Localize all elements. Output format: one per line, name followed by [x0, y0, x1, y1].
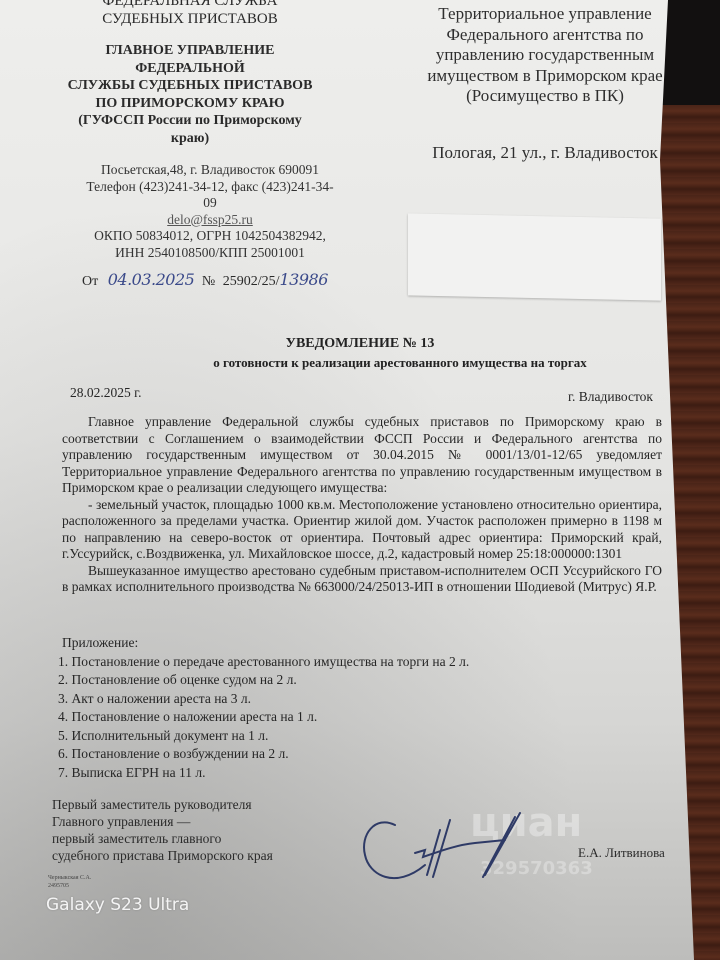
executor-name: Черныкская С.А.: [48, 874, 91, 882]
signer-name: Е.А. Литвинова: [578, 845, 665, 861]
handwritten-number: 13986: [279, 270, 327, 289]
dept-line: краю): [40, 130, 340, 148]
attachment-item: 7. Выписка ЕГРН на 11 л.: [58, 764, 469, 783]
dept-line: ФЕДЕРАЛЬНОЙ: [40, 60, 340, 78]
sender-header: ФЕДЕРАЛЬНАЯ СЛУЖБА СУДЕБНЫХ ПРИСТАВОВ ГЛ…: [40, 0, 340, 147]
attachment-item: 2. Постановление об оценке судом на 2 л.: [58, 671, 469, 690]
signatory-position: Первый заместитель руководителя Главного…: [52, 796, 273, 864]
sender-codes: ОКПО 50834012, ОГРН 1042504382942,: [60, 228, 360, 245]
notice-city: г. Владивосток: [568, 389, 653, 405]
attachment-item: 3. Акт о наложении ареста на 3 л.: [58, 690, 469, 709]
attachments-label: Приложение:: [62, 634, 469, 653]
attachment-item: 4. Постановление о наложении ареста на 1…: [58, 708, 469, 727]
handwritten-signature-icon: [355, 805, 555, 895]
sender-address: Посьетская,48, г. Владивосток 690091: [60, 162, 360, 179]
position-line: Главного управления —: [52, 813, 273, 830]
dept-line: СЛУЖБЫ СУДЕБНЫХ ПРИСТАВОВ: [40, 77, 340, 95]
sender-codes: ИНН 2540108500/КПП 25001001: [60, 245, 360, 262]
notice-title: УВЕДОМЛЕНИЕ № 13: [0, 336, 720, 352]
redaction-sticker: [408, 213, 661, 300]
outgoing-number-line: От 04.03.2025 № 25902/25/13986: [82, 270, 328, 290]
recipient-line: Территориальное управление: [415, 4, 675, 25]
dept-line: ПО ПРИМОРСКОМУ КРАЮ: [40, 95, 340, 113]
recipient-header: Территориальное управление Федерального …: [415, 4, 675, 163]
position-line: первый заместитель главного: [52, 830, 273, 847]
position-line: Первый заместитель руководителя: [52, 796, 273, 813]
executor-info: Черныкская С.А. 2495705: [48, 874, 91, 890]
from-label: От: [82, 274, 98, 289]
position-line: судебного пристава Приморского края: [52, 847, 273, 864]
body-paragraph: Вышеуказанное имущество арестовано судеб…: [62, 563, 662, 596]
property-description: - земельный участок, площадью 1000 кв.м.…: [62, 497, 662, 563]
dept-line: ГЛАВНОЕ УПРАВЛЕНИЕ: [40, 42, 340, 60]
attachment-item: 5. Исполнительный документ на 1 л.: [58, 727, 469, 746]
recipient-line: Федерального агентства по: [415, 25, 675, 46]
recipient-line: (Росимущество в ПК): [415, 86, 675, 107]
executor-phone: 2495705: [48, 882, 91, 890]
body-paragraph: Главное управление Федеральной службы су…: [62, 414, 662, 497]
notice-date: 28.02.2025 г.: [70, 385, 142, 401]
sender-email-link[interactable]: delo@fssp25.ru: [167, 212, 253, 227]
attachment-item: 6. Постановление о возбуждении на 2 л.: [58, 745, 469, 764]
camera-device-label: Galaxy S23 Ultra: [46, 895, 189, 915]
attachment-item: 1. Постановление о передаче арестованног…: [58, 653, 469, 672]
recipient-line: имуществом в Приморском крае: [415, 66, 675, 87]
service-line: СУДЕБНЫХ ПРИСТАВОВ: [40, 10, 340, 28]
notice-body: Главное управление Федеральной службы су…: [62, 414, 662, 596]
recipient-address: Пологая, 21 ул., г. Владивосток: [415, 143, 675, 164]
sender-phone-cont: 09: [60, 195, 360, 212]
attachments-list: Приложение: 1. Постановление о передаче …: [58, 634, 469, 782]
number-printed: 25902/25/: [223, 274, 280, 289]
number-label: №: [202, 274, 215, 289]
service-line: ФЕДЕРАЛЬНАЯ СЛУЖБА: [40, 0, 340, 10]
dept-line: (ГУФССП России по Приморскому: [40, 112, 340, 130]
recipient-line: управлению государственным: [415, 45, 675, 66]
sender-phone: Телефон (423)241-34-12, факс (423)241-34…: [60, 179, 360, 196]
notice-subtitle: о готовности к реализации арестованного …: [40, 355, 720, 371]
handwritten-date: 04.03.2025: [108, 270, 195, 289]
sender-contacts: Посьетская,48, г. Владивосток 690091 Тел…: [60, 162, 360, 261]
